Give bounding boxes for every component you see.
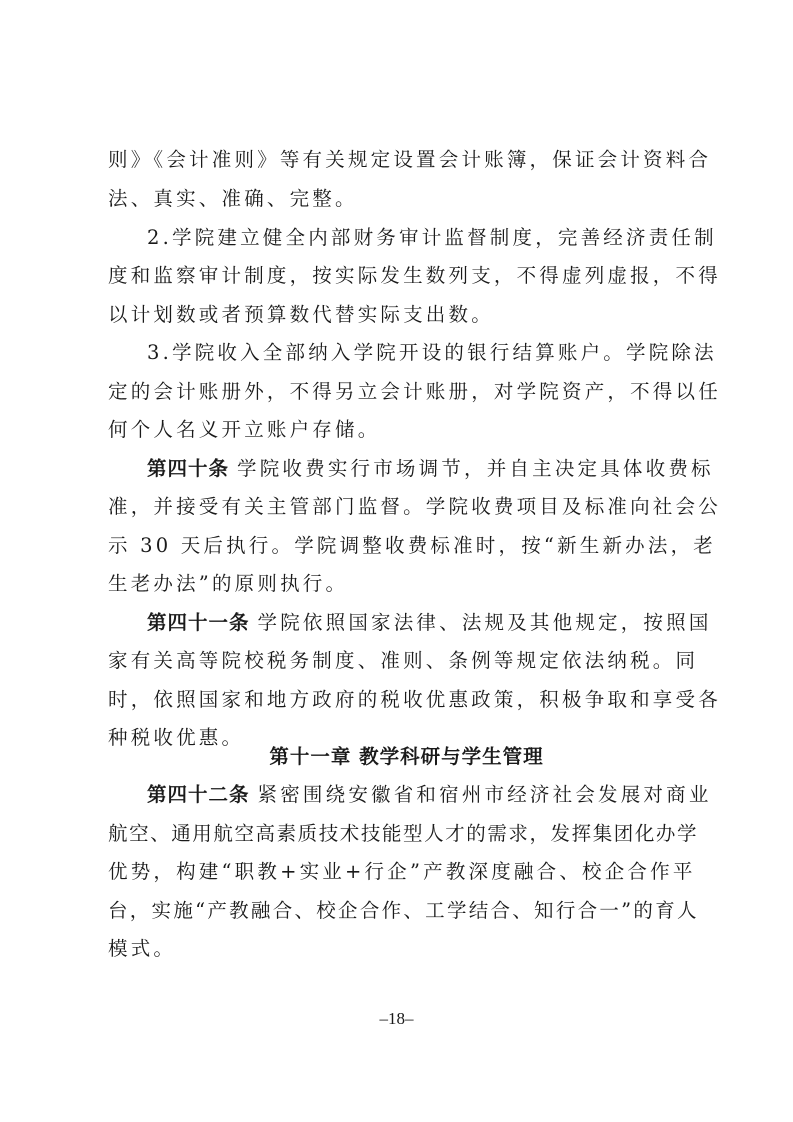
- paragraph-line: 时，依照国家和地方政府的税收优惠政策，积极争取和享受各: [108, 688, 698, 712]
- paragraph-line: 定的会计账册外，不得另立会计账册，对学院资产，不得以任: [108, 380, 698, 404]
- article-41-title: 第四十一条: [147, 611, 250, 635]
- paragraph-line: 航空、通用航空高素质技术技能型人才的需求，发挥集团化办学: [108, 822, 698, 846]
- chapter-heading: 第十一章 教学科研与学生管理: [0, 745, 793, 769]
- paragraph-line: 法、真实、准确、完整。: [108, 187, 698, 211]
- paragraph-line: 度和监察审计制度，按实际发生数列支，不得虚列虚报，不得: [108, 264, 698, 288]
- article-40-title: 第四十条: [147, 457, 229, 481]
- paragraph-line: 准，并接受有关主管部门监督。学院收费项目及标准向社会公: [108, 495, 698, 519]
- article-42-first-line: 第四十二条 紧密围绕安徽省和宿州市经济社会发展对商业: [147, 783, 698, 807]
- paragraph-line: 3.学院收入全部纳入学院开设的银行结算账户。学院除法: [147, 341, 698, 365]
- paragraph-line: 学院依照国家法律、法规及其他规定，按照国: [258, 611, 712, 635]
- paragraph-line: 以计划数或者预算数代替实际支出数。: [108, 303, 698, 327]
- paragraph-line: 示 30 天后执行。学院调整收费标准时，按“新生新办法，老: [108, 534, 698, 558]
- paragraph-line: 2.学院建立健全内部财务审计监督制度，完善经济责任制: [147, 226, 698, 250]
- paragraph-line: 紧密围绕安徽省和宿州市经济社会发展对商业: [258, 783, 712, 807]
- article-41-first-line: 第四十一条 学院依照国家法律、法规及其他规定，按照国: [147, 611, 698, 635]
- paragraph-line: 学院收费实行市场调节，并自主决定具体收费标: [237, 457, 714, 481]
- paragraph-line: 模式。: [108, 937, 698, 961]
- paragraph-line: 何个人名义开立账户存储。: [108, 418, 698, 442]
- paragraph-line: 生老办法”的原则执行。: [108, 572, 698, 596]
- article-40-first-line: 第四十条 学院收费实行市场调节，并自主决定具体收费标: [147, 457, 698, 481]
- article-42-title: 第四十二条: [147, 783, 250, 807]
- paragraph-line: 则》《会计准则》等有关规定设置会计账簿，保证会计资料合: [108, 148, 698, 172]
- paragraph-line: 台，实施“产教融合、校企合作、工学结合、知行合一”的育人: [108, 899, 698, 923]
- paragraph-line: 家有关高等院校税务制度、准则、条例等规定依法纳税。同: [108, 649, 698, 673]
- page-number: –18–: [0, 1009, 793, 1029]
- paragraph-line: 优势，构建“职教+实业+行企”产教深度融合、校企合作平: [108, 860, 648, 884]
